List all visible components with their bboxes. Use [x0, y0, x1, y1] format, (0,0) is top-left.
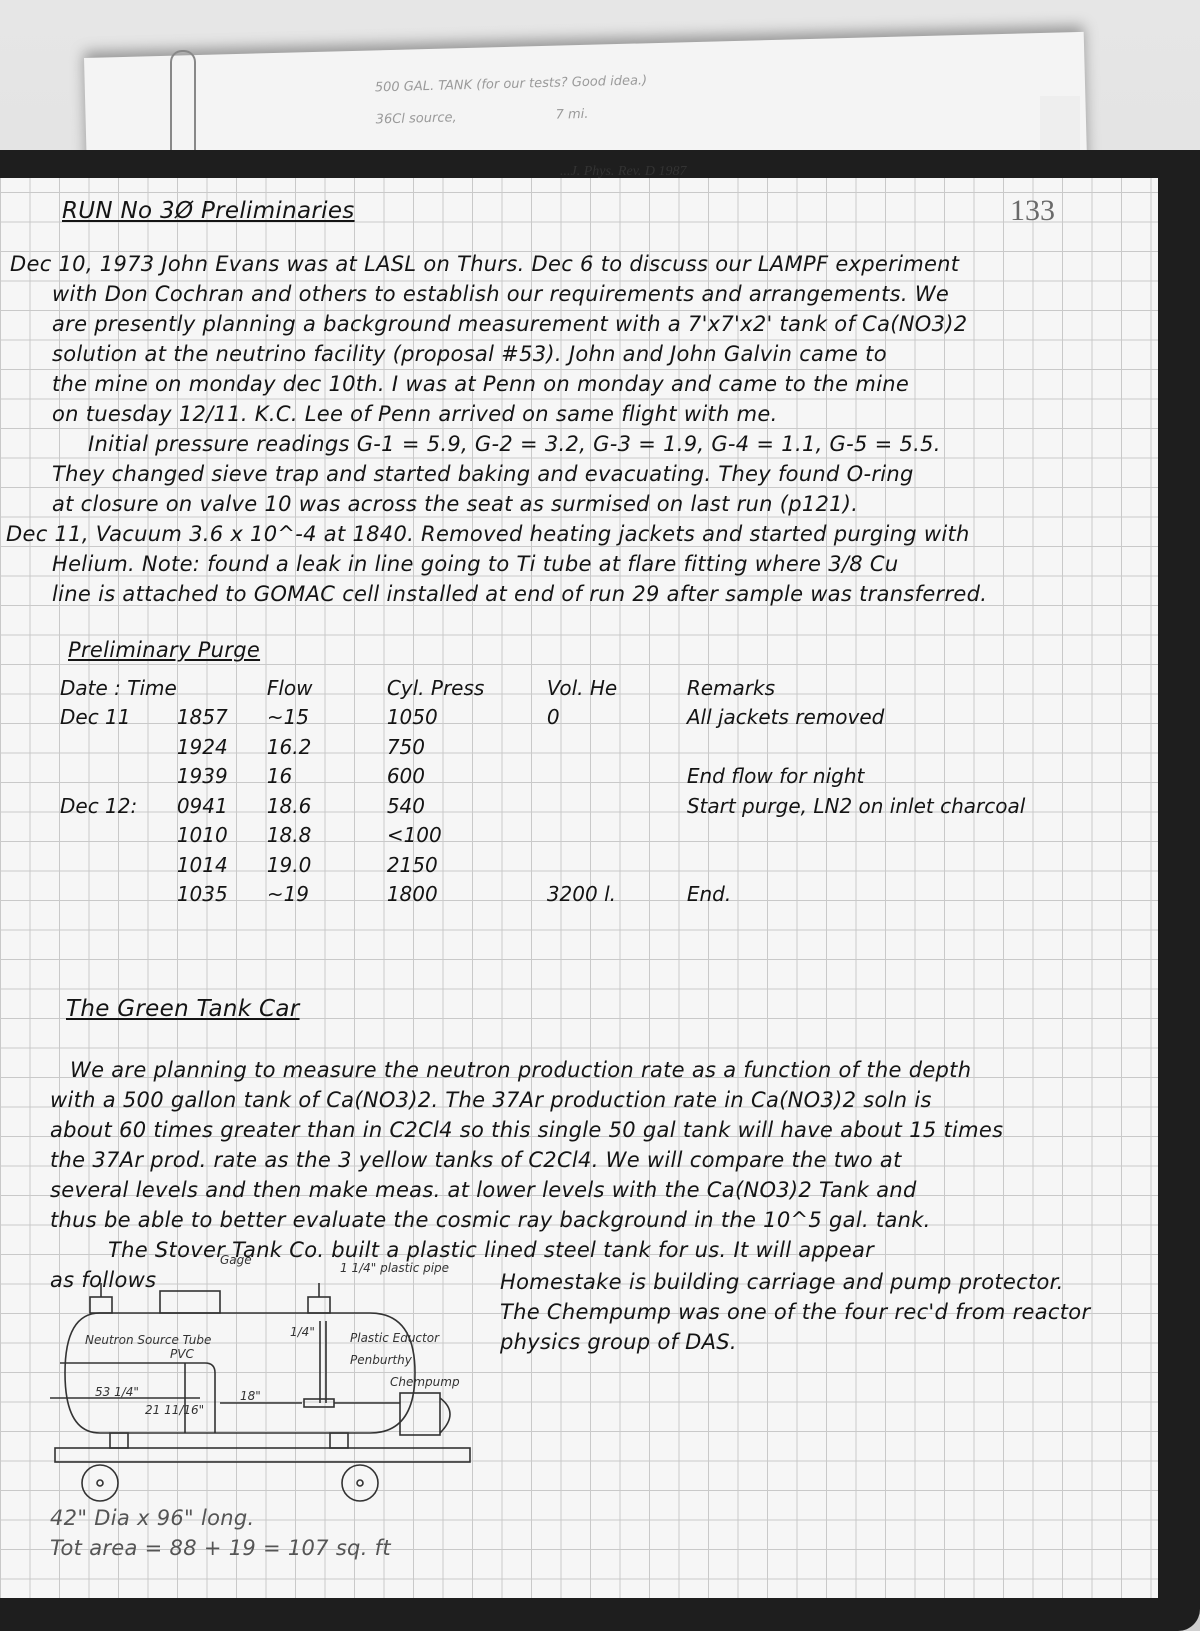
page-number: 133: [1010, 194, 1055, 228]
page-title: RUN No 3Ø Preliminaries: [62, 198, 355, 224]
text-line: Initial pressure readings G-1 = 5.9, G-2…: [88, 432, 941, 456]
table-row: 1035 ~19 1800 3200 l. End.: [60, 880, 1107, 910]
cell-vol: 0: [547, 703, 687, 733]
cell-date: [60, 762, 177, 792]
cell-vol: [547, 821, 687, 851]
col-date: Date : Time: [60, 673, 177, 703]
text-line: They changed sieve trap and started baki…: [52, 462, 914, 486]
text-line: Homestake is building carriage and pump …: [500, 1270, 1064, 1294]
cell-press: 540: [387, 791, 547, 821]
text-line: solution at the neutrino facility (propo…: [52, 342, 887, 366]
col-flow: Flow: [267, 673, 387, 703]
table-row: Dec 12: 0941 18.6 540 Start purge, LN2 o…: [60, 791, 1107, 821]
cell-time: 1014: [177, 850, 267, 880]
label-quarter: 1/4": [290, 1325, 315, 1339]
section-heading: The Green Tank Car: [66, 996, 300, 1022]
label-eductor: Plastic Eductor: [350, 1331, 439, 1345]
cell-date: [60, 880, 177, 910]
text-line: Dec 11, Vacuum 3.6 x 10^-4 at 1840. Remo…: [6, 522, 970, 546]
label-chempump: Chempump: [390, 1375, 460, 1389]
notebook-page: ...J. Phys. Rev. D 1987 133 RUN No 3Ø Pr…: [0, 178, 1158, 1598]
cell-vol: [547, 850, 687, 880]
col-remarks: Remarks: [687, 673, 1107, 703]
cell-flow: 16: [267, 762, 387, 792]
cell-flow: 18.6: [267, 791, 387, 821]
text-line: with a 500 gallon tank of Ca(NO3)2. The …: [50, 1088, 932, 1112]
label-dim-height: 21 11/16": [145, 1403, 204, 1417]
col-press: Cyl. Press: [387, 673, 547, 703]
cell-press: 750: [387, 732, 547, 762]
tank-car-diagram: Gage 1 1/4" plastic pipe 1/4" Neutron So…: [40, 1253, 490, 1503]
cell-remarks: End.: [687, 880, 1107, 910]
cell-time: 1924: [177, 732, 267, 762]
cell-remarks: All jackets removed: [687, 703, 1107, 733]
label-dim-gap: 18": [240, 1389, 261, 1403]
journal-imprint: ...J. Phys. Rev. D 1987: [560, 164, 686, 180]
table-row: 1939 16 600 End flow for night: [60, 762, 1107, 792]
cell-date: [60, 821, 177, 851]
cell-vol: 3200 l.: [547, 880, 687, 910]
cell-remarks: Start purge, LN2 on inlet charcoal: [687, 791, 1107, 821]
text-line: physics group of DAS.: [500, 1330, 737, 1354]
cell-flow: 18.8: [267, 821, 387, 851]
cell-remarks: [687, 821, 1107, 851]
cell-vol: [547, 791, 687, 821]
text-line: the 37Ar prod. rate as the 3 yellow tank…: [50, 1148, 902, 1172]
text-line: We are planning to measure the neutron p…: [70, 1058, 971, 1082]
section-heading: Preliminary Purge: [68, 638, 260, 662]
loose-note-line: 36Cl source,: [376, 110, 457, 127]
text-line: on tuesday 12/11. K.C. Lee of Penn arriv…: [52, 402, 778, 426]
cell-date: [60, 850, 177, 880]
cell-time: 0941: [177, 791, 267, 821]
text-line: with Don Cochran and others to establish…: [52, 282, 949, 306]
table-row: 1924 16.2 750: [60, 732, 1107, 762]
col-time: [177, 673, 267, 703]
cell-press: 1050: [387, 703, 547, 733]
cell-time: 1857: [177, 703, 267, 733]
col-vol: Vol. He: [547, 673, 687, 703]
label-gage: Gage: [220, 1253, 252, 1267]
cell-time: 1035: [177, 880, 267, 910]
label-source-tube: Neutron Source Tube: [85, 1333, 211, 1347]
table-row: 1014 19.0 2150: [60, 850, 1107, 880]
text-line: Dec 10, 1973 John Evans was at LASL on T…: [10, 252, 959, 276]
cell-vol: [547, 762, 687, 792]
cell-date: Dec 11: [60, 703, 177, 733]
cell-flow: ~19: [267, 880, 387, 910]
cell-flow: 16.2: [267, 732, 387, 762]
text-line: line is attached to GOMAC cell installed…: [52, 582, 987, 606]
cell-time: 1939: [177, 762, 267, 792]
text-line: at closure on valve 10 was across the se…: [52, 492, 858, 516]
cell-flow: ~15: [267, 703, 387, 733]
text-line: The Chempump was one of the four rec'd f…: [500, 1300, 1090, 1324]
table-row: 1010 18.8 <100: [60, 821, 1107, 851]
cell-flow: 19.0: [267, 850, 387, 880]
table-row: Dec 11 1857 ~15 1050 0 All jackets remov…: [60, 703, 1107, 733]
text-line: the mine on monday dec 10th. I was at Pe…: [52, 372, 909, 396]
cell-press: <100: [387, 821, 547, 851]
label-pvc: PVC: [170, 1347, 194, 1361]
text-line: Helium. Note: found a leak in line going…: [52, 552, 898, 576]
text-line: several levels and then make meas. at lo…: [50, 1178, 917, 1202]
tank-total-area: Tot area = 88 + 19 = 107 sq. ft: [50, 1536, 391, 1560]
label-dim-length: 53 1/4": [95, 1385, 139, 1399]
cell-date: Dec 12:: [60, 791, 177, 821]
label-pipe: 1 1/4" plastic pipe: [340, 1261, 449, 1275]
cell-remarks: [687, 732, 1107, 762]
table-header: Date : Time Flow Cyl. Press Vol. He Rema…: [60, 673, 1107, 703]
cell-press: 2150: [387, 850, 547, 880]
cell-press: 600: [387, 762, 547, 792]
cell-remarks: [687, 850, 1107, 880]
loose-note-line: 7 mi.: [555, 107, 588, 123]
text-line: about 60 times greater than in C2Cl4 so …: [50, 1118, 1003, 1142]
purge-table: Date : Time Flow Cyl. Press Vol. He Rema…: [60, 673, 1107, 909]
cell-date: [60, 732, 177, 762]
cell-time: 1010: [177, 821, 267, 851]
text-line: thus be able to better evaluate the cosm…: [50, 1208, 931, 1232]
cell-vol: [547, 732, 687, 762]
label-penburthy: Penburthy: [350, 1353, 412, 1367]
cell-press: 1800: [387, 880, 547, 910]
loose-note-line: 500 GAL. TANK (for our tests? Good idea.…: [375, 73, 648, 95]
text-line: are presently planning a background meas…: [52, 312, 967, 336]
tank-dimensions: 42" Dia x 96" long.: [50, 1506, 254, 1530]
cell-remarks: End flow for night: [687, 762, 1107, 792]
